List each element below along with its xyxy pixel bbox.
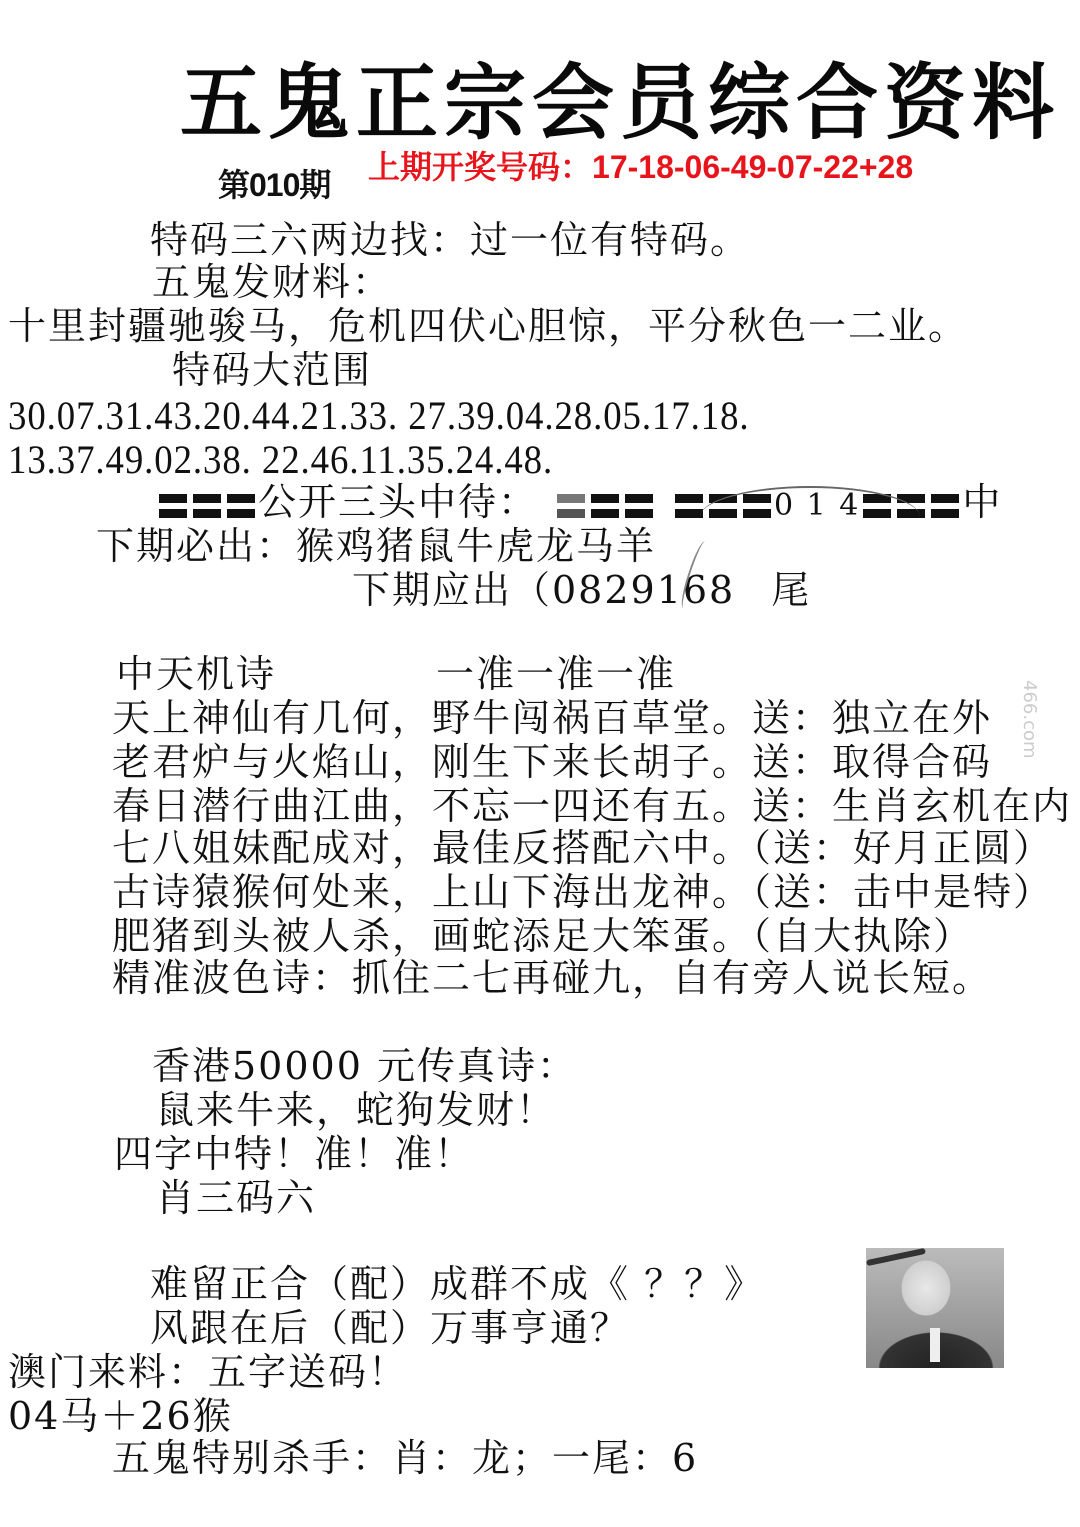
- heads-label: 公开三头中待：: [258, 480, 538, 524]
- block-glyph-icon: [931, 494, 959, 518]
- hk-title: 香港50000 元传真诗：: [152, 1044, 577, 1088]
- hat-brim: [866, 1248, 926, 1266]
- page-title: 五鬼正宗会员综合资料: [180, 38, 1060, 155]
- hk-line-1: 鼠来牛来，蛇狗发财！: [156, 1088, 556, 1132]
- poem-tag: 一准一准一准: [436, 652, 676, 696]
- block-glyph-icon: [159, 494, 187, 518]
- riddle-line-1: 难留正合（配）成群不成《 ？？》: [150, 1262, 764, 1306]
- watermark-text: 466.com: [1019, 680, 1040, 759]
- collar: [930, 1328, 940, 1362]
- must-value: 猴鸡猪鼠牛虎龙马羊: [296, 524, 656, 568]
- range-row-2: 13.37.49.02.38. 22.46.11.35.24.48.: [8, 436, 553, 483]
- macau-codes: 04马＋26猴: [8, 1394, 233, 1438]
- block-glyph-icon: [227, 494, 255, 518]
- arc-stamp-mark: [700, 486, 920, 548]
- range-row-1: 30.07.31.43.20.44.21.33. 27.39.04.28.05.…: [8, 392, 750, 439]
- range-label: 特码大范围: [172, 348, 372, 392]
- block-glyph-icon: [625, 494, 653, 518]
- block-glyph-icon: [193, 494, 221, 518]
- must-label: 下期必出：: [96, 524, 296, 568]
- last-draw-label: 上期开奖号码：: [368, 149, 592, 185]
- poem-line: 天上神仙有几何，野牛闯祸百草堂。送：独立在外: [112, 696, 992, 740]
- heads-suffix: 中: [962, 480, 1002, 524]
- macau-title: 澳门来料：五字送码！: [8, 1350, 408, 1394]
- portrait-photo: [866, 1248, 1004, 1368]
- poem-line: 七八姐妹配成对，最佳反搭配六中。（送：好月正圆）: [112, 826, 1053, 870]
- last-draw: 上期开奖号码：17-18-06-49-07-22+28: [368, 142, 913, 188]
- should-line: 下期应出（0829168尾: [352, 568, 811, 612]
- fortune-label: 五鬼发财料：: [152, 260, 392, 304]
- must-line: 下期必出：猴鸡猪鼠牛虎龙马羊: [96, 524, 656, 568]
- fortune-poem: 十里封疆驰骏马，危机四伏心胆惊，平分秋色一二业。: [8, 304, 968, 348]
- poem-line: 精准波色诗：抓住二七再碰九，自有旁人说长短。: [112, 956, 992, 1000]
- poem-title: 中天机诗: [116, 652, 276, 696]
- poem-line: 肥猪到头被人杀，画蛇添足大笨蛋。（自大执除）: [112, 914, 973, 958]
- block-glyph-icon: [591, 494, 619, 518]
- poem-line: 老君炉与火焰山，刚生下来长胡子。送：取得合码: [112, 740, 992, 784]
- should-label: 下期应出（0829168: [352, 568, 735, 612]
- poem-line: 春日潜行曲江曲，不忘一四还有五。送：生肖玄机在内: [112, 784, 1072, 828]
- last-draw-numbers: 17-18-06-49-07-22+28: [592, 149, 913, 185]
- block-glyph-icon: [675, 494, 703, 518]
- killer-line: 五鬼特别杀手：肖：龙；一尾：6: [112, 1436, 698, 1480]
- should-suffix: 尾: [771, 568, 811, 612]
- special-hint: 特码三六两边找：过一位有特码。: [150, 218, 750, 262]
- hk-line-3: 肖三码六: [156, 1176, 316, 1220]
- block-glyph-icon: [557, 494, 585, 518]
- issue-number: 第010期: [218, 160, 330, 206]
- riddle-line-2: 风跟在后（配）万事亨通？: [150, 1306, 630, 1350]
- poem-line: 古诗猿猴何处来，上山下海出龙神。（送：击中是特）: [112, 870, 1053, 914]
- hk-line-2: 四字中特！准！准！: [114, 1132, 474, 1176]
